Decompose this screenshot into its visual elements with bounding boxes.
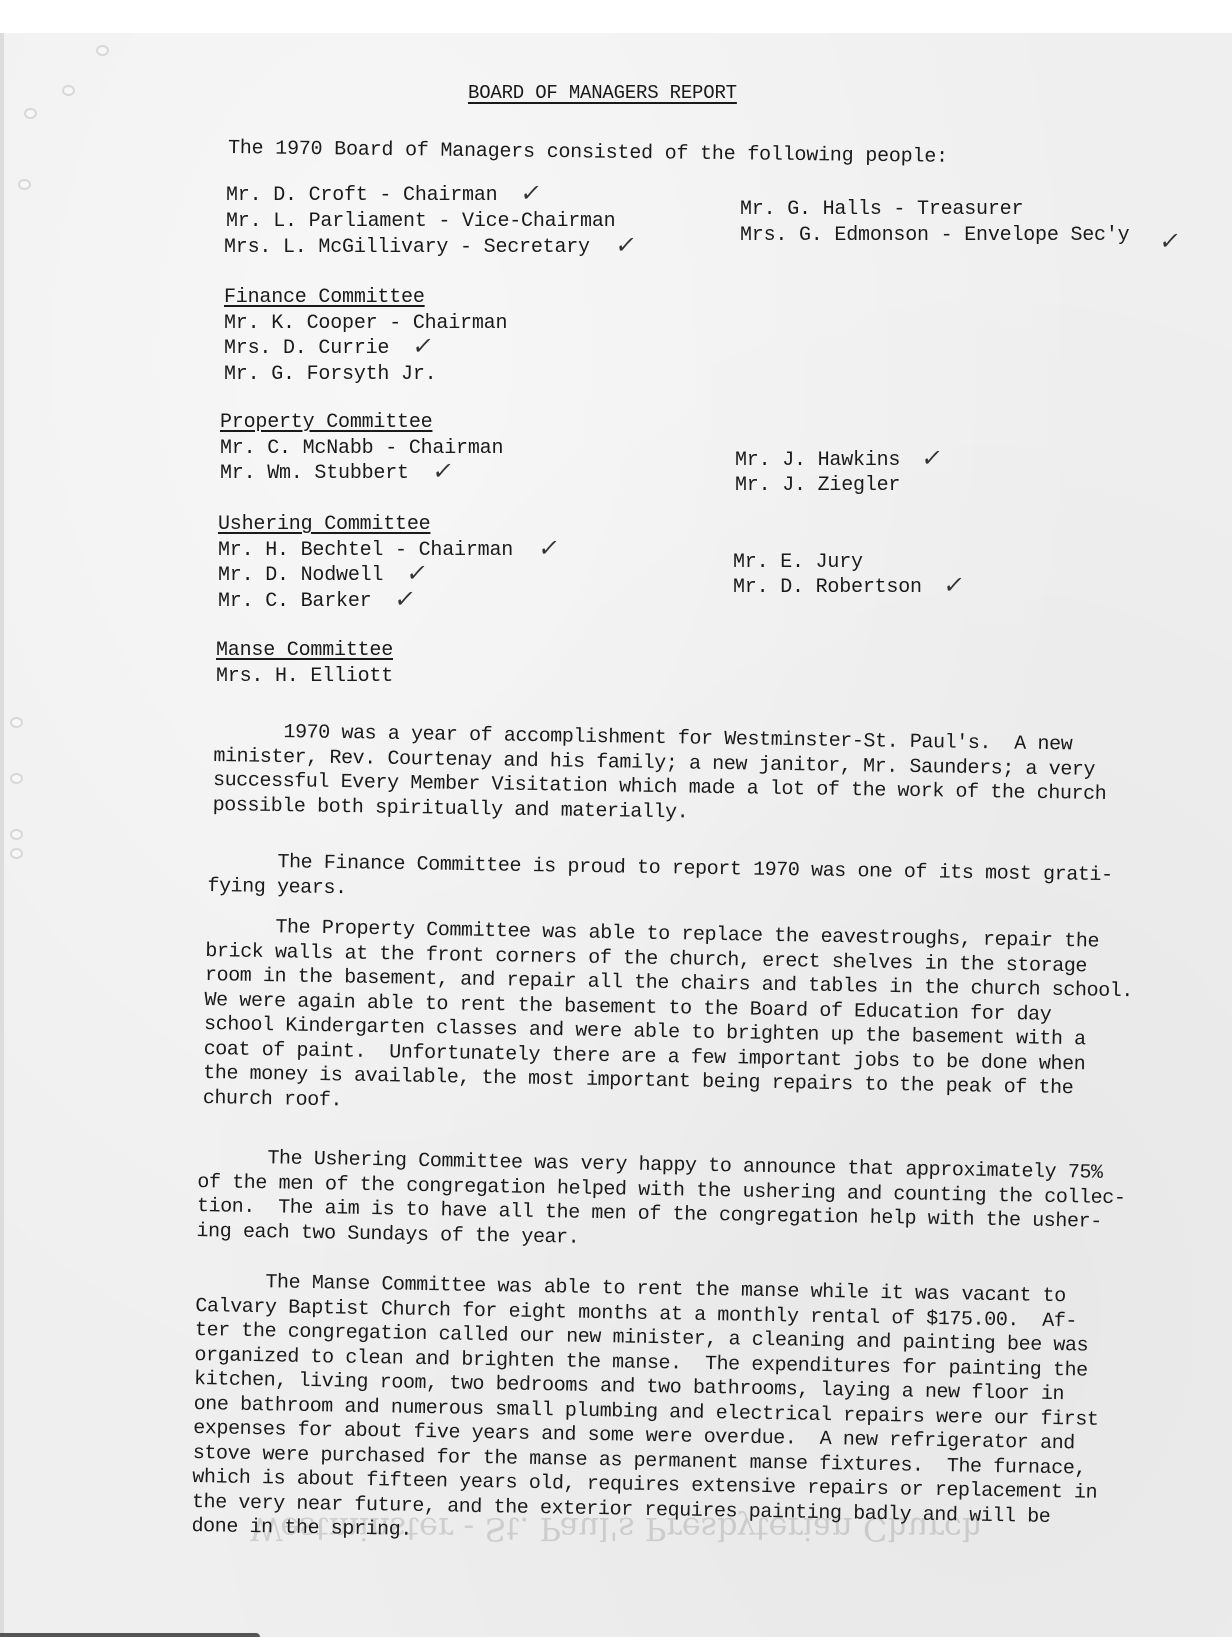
punch-hole [96,45,109,56]
committee-member: Mrs. H. Elliott [216,666,393,688]
committee-member: Mr. E. Jury [733,552,863,574]
punch-hole [18,179,31,190]
report-paragraph: The Property Committee was able to repla… [203,915,1134,1127]
punch-hole [10,848,23,859]
committee-heading: Ushering Committee [218,514,430,536]
committee-member: Mr. D. Nodwell [218,565,383,587]
committee-heading: Property Committee [220,412,432,434]
punch-hole [10,829,23,840]
page-title: BOARD OF MANAGERS REPORT [468,82,737,104]
punch-hole [62,85,75,96]
report-paragraph: 1970 was a year of accomplishment for We… [212,720,1107,832]
punch-hole [10,773,23,784]
committee-member: Mrs. D. Currie [224,338,389,360]
committee-member: Mr. C. Barker [218,591,371,613]
report-paragraph: The Manse Committee was able to rent the… [191,1270,1101,1555]
committee-heading: Finance Committee [224,287,425,309]
committee-member: Mr. H. Bechtel - Chairman [218,540,513,562]
officer-entry: Mr. G. Halls - Treasurer [740,199,1023,221]
check-mark-icon: ✓ [613,231,638,259]
page-edge-shadow [0,1633,260,1637]
committee-heading: Manse Committee [216,640,393,662]
punch-hole [24,108,37,119]
committee-member: Mr. J. Hawkins [735,450,900,472]
officer-entry: Mrs. G. Edmonson - Envelope Sec'y [740,225,1129,247]
report-paragraph: The Ushering Committee was very happy to… [196,1146,1126,1260]
committee-member: Mr. J. Ziegler [735,475,900,497]
punch-hole [10,717,23,728]
committee-member: Mr. C. McNabb - Chairman [220,438,503,460]
committee-member: Mr. K. Cooper - Chairman [224,313,507,335]
officer-entry: Mrs. L. McGillivary - Secretary [224,237,590,259]
committee-member: Mr. G. Forsyth Jr. [224,364,436,386]
officer-entry: Mr. D. Croft - Chairman [226,185,497,207]
committee-member: Mr. Wm. Stubbert [220,463,409,485]
committee-member: Mr. D. Robertson [733,577,922,599]
officer-entry: Mr. L. Parliament - Vice-Chairman [226,211,615,233]
